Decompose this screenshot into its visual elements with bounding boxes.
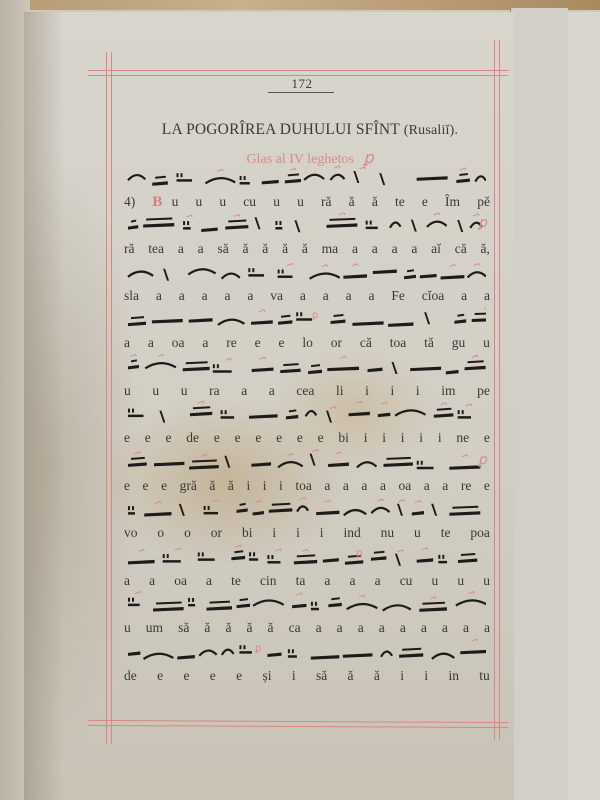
syllable: oa xyxy=(398,478,411,494)
syllable: a xyxy=(202,335,208,351)
syllable: re xyxy=(226,335,237,351)
syllable: gu xyxy=(452,335,466,351)
syllable: a xyxy=(343,478,349,494)
syllable: pe xyxy=(477,383,490,399)
syllable: a xyxy=(124,335,130,351)
syllable: e xyxy=(297,430,303,446)
syllable: ă xyxy=(204,620,210,636)
syllable: cĭoa xyxy=(422,288,445,304)
neume-line xyxy=(124,638,486,664)
syllable: ă xyxy=(268,620,274,636)
syllable: că xyxy=(455,241,467,257)
syllable: u xyxy=(152,383,159,399)
syllable: i xyxy=(400,668,404,684)
syllable: a xyxy=(372,241,378,257)
neume-line xyxy=(124,305,486,331)
syllable: a xyxy=(149,573,155,589)
syllable: a xyxy=(225,288,231,304)
lyric-line: răteaaasăăăăămaaaaaaĭcăă, xyxy=(124,241,490,259)
verse-number: 4) xyxy=(124,194,135,210)
syllable: e xyxy=(235,430,241,446)
syllable: a xyxy=(337,620,343,636)
syllable: a xyxy=(361,478,367,494)
syllable: toa xyxy=(390,335,407,351)
neume-line xyxy=(124,258,486,284)
syllable: că xyxy=(360,335,372,351)
syllable: e xyxy=(157,668,163,684)
title-main: LA POGORÎREA DUHULUI SFÎNT xyxy=(162,121,400,138)
syllable: e xyxy=(484,478,490,494)
syllable: e xyxy=(318,430,324,446)
syllable: i xyxy=(438,430,442,446)
syllable: ă xyxy=(372,194,378,210)
syllable: a xyxy=(346,288,352,304)
syllable: i xyxy=(279,478,283,494)
syllable: i xyxy=(419,430,423,446)
syllable: i xyxy=(424,668,428,684)
syllable: a xyxy=(247,288,253,304)
syllable: re xyxy=(461,478,472,494)
syllable: cea xyxy=(296,383,314,399)
syllable: bi xyxy=(338,430,349,446)
syllable: de xyxy=(124,668,137,684)
lyric-line: uumsăăăăăcaaaaaaaaaa xyxy=(124,620,490,638)
syllable: ă xyxy=(225,620,231,636)
syllable: i xyxy=(292,668,296,684)
syllable: li xyxy=(336,383,344,399)
syllable: a xyxy=(206,573,212,589)
syllable: Fe xyxy=(391,288,405,304)
syllable: u xyxy=(172,194,179,210)
neume-line xyxy=(124,211,486,237)
syllable: e xyxy=(166,430,172,446)
syllable: a xyxy=(156,288,162,304)
syllable: e xyxy=(236,668,242,684)
syllable: a xyxy=(358,620,364,636)
syllable: ind xyxy=(343,525,360,541)
syllable: e xyxy=(143,478,149,494)
syllable: ră xyxy=(124,241,135,257)
syllable: ă xyxy=(302,241,308,257)
syllable: ă, xyxy=(480,241,489,257)
syllable: e xyxy=(124,478,130,494)
page-number: 172 xyxy=(270,76,334,92)
syllable: ă xyxy=(374,668,380,684)
syllable: ă xyxy=(228,478,234,494)
syllable: te xyxy=(441,525,451,541)
syllable: cu xyxy=(243,194,256,210)
syllable: cu xyxy=(400,573,413,589)
syllable: e xyxy=(124,430,130,446)
neume-line xyxy=(124,448,486,474)
syllable: a xyxy=(352,241,358,257)
lyric-line: aaoaatecintaaaacuuuu xyxy=(124,573,490,591)
syllable: oa xyxy=(172,335,185,351)
syllable: te xyxy=(395,194,405,210)
syllable: u xyxy=(273,194,280,210)
syllable: a xyxy=(350,573,356,589)
lyric-line: 4)BuuucuuurăăăteeÎmpĕ xyxy=(124,194,490,212)
syllable: să xyxy=(178,620,189,636)
syllable: i xyxy=(401,430,405,446)
lyric-line: aaoaareeeloorcătoatăguu xyxy=(124,335,490,353)
syllable: a xyxy=(124,573,130,589)
syllable: a xyxy=(380,478,386,494)
syllable: a xyxy=(148,335,154,351)
syllable: ne xyxy=(456,430,469,446)
lyric-line: eeedeeeeeeebiiiiiinee xyxy=(124,430,490,448)
red-initial-letter: B xyxy=(152,194,162,211)
syllable: a xyxy=(442,478,448,494)
neume-line xyxy=(124,353,486,379)
neume-line xyxy=(124,590,486,616)
syllable: a xyxy=(324,478,330,494)
syllable: e xyxy=(255,430,261,446)
syllable: Îm xyxy=(445,194,460,210)
syllable: tea xyxy=(148,241,164,257)
syllable: a xyxy=(316,620,322,636)
syllable: a xyxy=(300,288,306,304)
syllable: u xyxy=(297,194,304,210)
syllable: a xyxy=(484,620,490,636)
syllable: u xyxy=(219,194,226,210)
margin-mode-sign-icon: ꝑ xyxy=(478,452,487,469)
page-content: 172 LA POGORÎREA DUHULUI SFÎNT (Rusaliĭ)… xyxy=(0,0,600,800)
syllable: a xyxy=(179,288,185,304)
syllable: ma xyxy=(322,241,339,257)
syllable: o xyxy=(184,525,191,541)
syllable: lo xyxy=(302,335,313,351)
syllable: i xyxy=(382,430,386,446)
syllable: sla xyxy=(124,288,139,304)
title-suffix: (Rusaliĭ). xyxy=(404,123,459,138)
syllable: a xyxy=(421,620,427,636)
syllable: e xyxy=(214,430,220,446)
syllable: u xyxy=(124,383,131,399)
syllable: u xyxy=(414,525,421,541)
syllable: ta xyxy=(296,573,306,589)
syllable: a xyxy=(400,620,406,636)
syllable: a xyxy=(392,241,398,257)
syllable: a xyxy=(463,620,469,636)
margin-mode-sign-icon: ꝑ xyxy=(478,215,487,232)
syllable: tu xyxy=(479,668,490,684)
lyric-line: voooorbiiiiindnuutepoa xyxy=(124,525,490,543)
syllable: im xyxy=(441,383,455,399)
syllable: i xyxy=(320,525,324,541)
syllable: să xyxy=(316,668,327,684)
syllable: e xyxy=(210,668,216,684)
inline-mode-sign-icon: ꝑ xyxy=(255,644,261,654)
syllable: ră xyxy=(321,194,332,210)
syllable: u xyxy=(124,620,131,636)
syllable: a xyxy=(424,478,430,494)
syllable: a xyxy=(461,288,467,304)
syllable: i xyxy=(296,525,300,541)
syllable: ă xyxy=(247,620,253,636)
syllable: u xyxy=(457,573,464,589)
syllable: i xyxy=(365,383,369,399)
syllable: ra xyxy=(209,383,220,399)
syllable: a xyxy=(269,383,275,399)
syllable: poa xyxy=(470,525,490,541)
syllable: vo xyxy=(124,525,138,541)
syllable: e xyxy=(276,430,282,446)
syllable: cin xyxy=(260,573,277,589)
syllable: e xyxy=(145,430,151,446)
syllable: i xyxy=(246,478,250,494)
syllable: ă xyxy=(242,241,248,257)
syllable: tă xyxy=(424,335,434,351)
syllable: a xyxy=(178,241,184,257)
syllable: a xyxy=(241,383,247,399)
neume-line xyxy=(124,164,486,190)
inline-mode-sign-icon: ꝑ xyxy=(312,311,318,321)
syllable: pĕ xyxy=(477,194,490,210)
syllable: u xyxy=(181,383,188,399)
syllable: va xyxy=(270,288,283,304)
neume-line xyxy=(124,400,486,426)
syllable: a xyxy=(198,241,204,257)
syllable: a xyxy=(202,288,208,304)
syllable: i xyxy=(416,383,420,399)
syllable: u xyxy=(195,194,202,210)
syllable: o xyxy=(157,525,164,541)
syllable: a xyxy=(484,288,490,304)
syllable: u xyxy=(483,335,490,351)
syllable: gră xyxy=(180,478,197,494)
syllable: a xyxy=(379,620,385,636)
syllable: e xyxy=(183,668,189,684)
syllable: u xyxy=(432,573,439,589)
syllable: ă xyxy=(209,478,215,494)
syllable: a xyxy=(442,620,448,636)
syllable: e xyxy=(161,478,167,494)
syllable: a xyxy=(369,288,375,304)
syllable: ă xyxy=(282,241,288,257)
syllable: u xyxy=(483,573,490,589)
syllable: aĭ xyxy=(431,241,441,257)
neume-line xyxy=(124,543,486,569)
lyric-line: eeegrăăăiiitoaaaaaoaaaree xyxy=(124,478,490,496)
syllable: e xyxy=(255,335,261,351)
syllable: bi xyxy=(242,525,253,541)
syllable: să xyxy=(217,241,228,257)
syllable: de xyxy=(186,430,199,446)
syllable: um xyxy=(146,620,163,636)
syllable: e xyxy=(484,430,490,446)
syllable: a xyxy=(324,573,330,589)
syllable: i xyxy=(364,430,368,446)
syllable: in xyxy=(448,668,459,684)
syllable: oa xyxy=(174,573,187,589)
syllable: e xyxy=(279,335,285,351)
syllable: toa xyxy=(295,478,312,494)
syllable: i xyxy=(391,383,395,399)
lyric-line: uuuraaacealiiiiimpe xyxy=(124,383,490,401)
lyric-line: deeeeeșiisăăăiiintu xyxy=(124,668,490,686)
syllable: și xyxy=(262,668,271,684)
syllable: ă xyxy=(262,241,268,257)
syllable: nu xyxy=(381,525,395,541)
syllable: ă xyxy=(348,668,354,684)
syllable: i xyxy=(263,478,267,494)
syllable: i xyxy=(272,525,276,541)
syllable: or xyxy=(211,525,222,541)
inline-mode-sign-icon: ꝑ xyxy=(356,549,362,559)
syllable: te xyxy=(231,573,241,589)
syllable: or xyxy=(331,335,342,351)
syllable: a xyxy=(323,288,329,304)
syllable: ă xyxy=(349,194,355,210)
syllable: ca xyxy=(289,620,301,636)
page-title: LA POGORÎREA DUHULUI SFÎNT (Rusaliĭ). xyxy=(120,121,500,139)
neume-line xyxy=(124,495,486,521)
syllable: a xyxy=(375,573,381,589)
lyric-line: slaaaaaavaaaaaFecĭoaaa xyxy=(124,288,490,306)
page-number-underline xyxy=(268,92,334,93)
syllable: e xyxy=(422,194,428,210)
syllable: a xyxy=(411,241,417,257)
